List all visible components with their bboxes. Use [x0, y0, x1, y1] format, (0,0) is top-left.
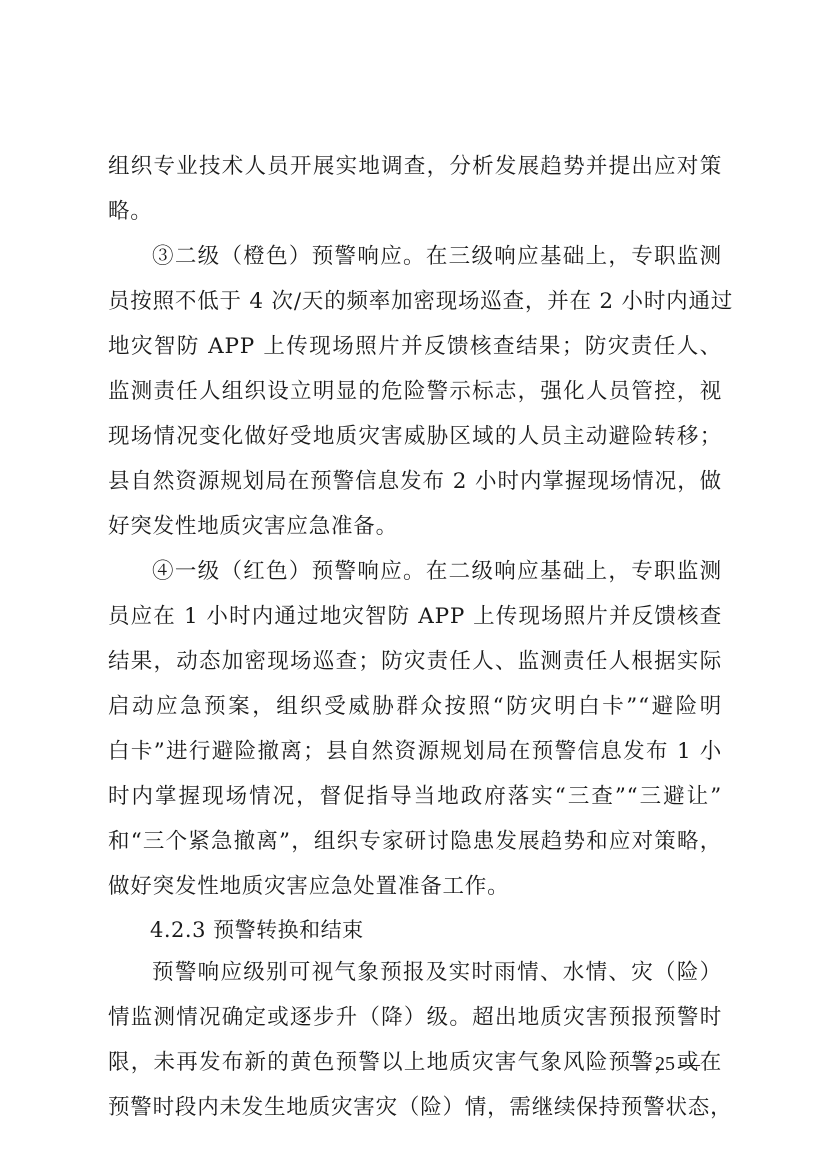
body-text-line: 预警时段内未发生地质灾害灾（险）情，需继续保持预警状态，: [108, 1093, 722, 1123]
body-text-line: 现场情况变化做好受地质灾害威胁区域的人员主动避险转移；: [108, 422, 722, 452]
document-page: 组织专业技术人员开展实地调查，分析发展趋势并提出应对策 略。 ③二级（橙色）预警…: [0, 0, 826, 1168]
body-text-line: 好突发性地质灾害应急准备。: [108, 512, 722, 542]
body-text-line: 做好突发性地质灾害应急处置准备工作。: [108, 872, 722, 902]
body-text-line: 情监测情况确定或逐步升（降）级。超出地质灾害预报预警时: [108, 1003, 722, 1033]
body-text-line: 组织专业技术人员开展实地调查，分析发展趋势并提出应对策: [108, 152, 722, 182]
body-text-line: 监测责任人组织设立明显的危险警示标志，强化人员管控，视: [108, 377, 722, 407]
page-number: — 25 —: [630, 1052, 700, 1076]
body-text-line: 员应在 1 小时内通过地灾智防 APP 上传现场照片并反馈核查: [108, 602, 722, 632]
body-text-line: 结果，动态加密现场巡查；防灾责任人、监测责任人根据实际: [108, 647, 722, 677]
paragraph-level-2-orange-start: ③二级（橙色）预警响应。在三级响应基础上，专职监测: [152, 242, 722, 272]
section-heading: 4.2.3 预警转换和结束: [150, 915, 364, 945]
body-text-line: 略。: [108, 197, 722, 227]
body-text-line: 员按照不低于 4 次/天的频率加密现场巡查，并在 2 小时内通过: [108, 287, 722, 317]
paragraph-warning-transition-start: 预警响应级别可视气象预报及实时雨情、水情、灾（险）: [152, 958, 722, 988]
body-text-line: 地灾智防 APP 上传现场照片并反馈核查结果；防灾责任人、: [108, 332, 722, 362]
body-text-line: 白卡”进行避险撤离；县自然资源规划局在预警信息发布 1 小: [108, 737, 722, 767]
body-text-line: 和“三个紧急撤离”，组织专家研讨隐患发展趋势和应对策略，: [108, 827, 722, 857]
body-text-line: 启动应急预案，组织受威胁群众按照“防灾明白卡”“避险明: [108, 692, 722, 722]
body-text-line: 时内掌握现场情况，督促指导当地政府落实“三查”“三避让”: [108, 782, 722, 812]
paragraph-level-1-red-start: ④一级（红色）预警响应。在二级响应基础上，专职监测: [152, 557, 722, 587]
body-text-line: 县自然资源规划局在预警信息发布 2 小时内掌握现场情况，做: [108, 467, 722, 497]
